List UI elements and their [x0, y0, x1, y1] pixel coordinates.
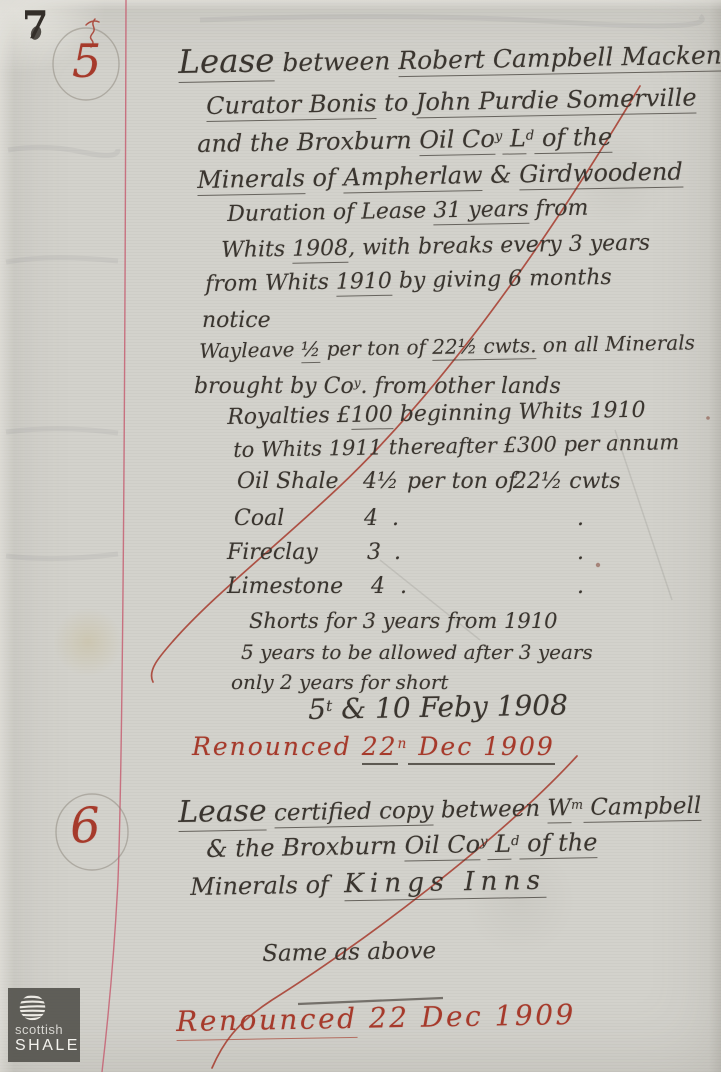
handwritten-text: Kings Inns — [344, 865, 546, 902]
handwritten-text: 31 years — [433, 197, 529, 226]
handwritten-text: . — [577, 507, 584, 532]
handwritten-text: Oil Shale — [237, 469, 339, 494]
handwritten-text: to — [376, 88, 416, 117]
rate-row: Limestone4.. — [227, 575, 343, 600]
entry-5-line: Wayleave ½ per ton of 22½ cwts. on all M… — [199, 331, 695, 362]
ink-speck — [596, 563, 600, 567]
handwritten-text: 1910 — [336, 269, 392, 297]
handwritten-text: & — [482, 160, 519, 189]
handwritten-text: . — [400, 575, 407, 600]
ghost-writing — [8, 147, 118, 155]
handwritten-text — [266, 800, 274, 826]
handwritten-text: Renounced — [176, 1002, 358, 1041]
ghost-writing — [6, 258, 118, 262]
entry-5-line: Royalties £100 beginning Whits 1910 — [227, 399, 646, 431]
handwritten-text: Ampherlaw — [343, 161, 483, 193]
entry-5-line: notice — [202, 309, 271, 334]
entry-5-line: brought by Coy. from other lands — [194, 375, 561, 400]
handwritten-text: Minerals — [197, 164, 305, 196]
handwritten-text: . — [394, 541, 401, 566]
handwritten-text: per ton of — [407, 470, 516, 495]
handwritten-text: per ton of — [320, 335, 432, 361]
handwritten-text: 4 — [371, 575, 385, 600]
globe-icon — [17, 992, 48, 1023]
entry-5-line: 5 years to be allowed after 3 years — [241, 641, 593, 663]
handwritten-text: Coal — [234, 506, 284, 531]
document-date: 5t & 10 Feby 1908 — [308, 689, 568, 725]
handwritten-text: beginning Whits 1910 — [393, 398, 646, 427]
handwritten-text: Oil Co — [419, 125, 495, 156]
handwritten-text: 3 — [367, 541, 381, 566]
handwritten-text: . — [392, 507, 399, 532]
handwritten-text: Oil Co — [404, 830, 480, 861]
handwritten-text: by giving 6 months — [392, 265, 612, 294]
renounced-note: Renounced 22n Dec 1909 — [192, 733, 555, 761]
handwritten-text: 5 years to be allowed after 3 years — [241, 640, 593, 664]
handwritten-text: W — [547, 795, 571, 823]
handwritten-text: Fireclay — [227, 540, 318, 565]
entry-5-number: 5 — [72, 34, 101, 88]
handwritten-text: John Purdie Somerville — [416, 83, 697, 118]
entry-5-line: and the Broxburn Oil Coy Ld of the — [197, 124, 612, 158]
handwritten-text: to Whits 1911 thereafter £300 per annum — [233, 430, 679, 462]
handwritten-text: brought by Co — [194, 374, 354, 399]
handwritten-text: notice — [202, 308, 271, 333]
handwritten-text: Lease — [178, 793, 267, 832]
handwritten-text: Duration of Lease — [227, 198, 434, 227]
handwritten-text: on all Minerals — [536, 330, 695, 357]
rate-row: Coal4.. — [234, 507, 284, 532]
handwritten-text: Curator Bonis — [206, 89, 377, 122]
handwritten-text: Wayleave — [199, 337, 301, 363]
handwritten-text: Same as above — [262, 938, 436, 967]
handwritten-text: 100 — [351, 402, 393, 430]
handwritten-text: of the — [534, 123, 612, 154]
entry-6-number: 6 — [68, 797, 102, 855]
handwritten-text: n — [398, 736, 409, 752]
handwritten-text: from Whits — [205, 270, 336, 297]
handwritten-text: 22 — [362, 732, 398, 765]
handwritten-text: 1908 — [292, 236, 348, 264]
handwritten-text: 22½ cwts — [513, 470, 621, 495]
renounced-note: Renounced 22 Dec 1909 — [176, 999, 576, 1037]
ghost-writing — [6, 554, 118, 559]
entry-6-line: & the Broxburn Oil Coy Ld of the — [206, 829, 598, 863]
handwritten-text: m — [571, 797, 583, 812]
entry-5-line: Curator Bonis to John Purdie Somerville — [206, 84, 697, 119]
handwritten-text: Royalties £ — [227, 403, 351, 430]
handwritten-text: and the Broxburn — [197, 126, 420, 158]
handwritten-text: 4 — [364, 507, 378, 532]
ghost-writing — [6, 429, 118, 433]
handwritten-text: y — [354, 376, 361, 390]
handwritten-text: Robert Campbell Mackenzie — [398, 40, 721, 77]
handwritten-text: 22 Dec 1909 — [357, 998, 576, 1035]
handwritten-text: L — [487, 830, 511, 860]
entry-5-line: Shorts for 3 years from 1910 — [249, 610, 557, 634]
rate-row: Fireclay3.. — [227, 541, 318, 566]
entry-5-line: from Whits 1910 by giving 6 months — [205, 266, 612, 298]
handwritten-text: Girdwoodend — [519, 158, 683, 191]
handwritten-text: . — [577, 541, 584, 566]
handwritten-text: Campbell — [583, 793, 702, 823]
ghost-writing — [200, 16, 702, 26]
ledger-page: 7 5 6 Lease between Robert Campbell Mack… — [0, 0, 721, 1072]
lease-title-line: Lease certified copy between Wm Campbell — [178, 787, 702, 830]
handwritten-text: . from other lands — [361, 374, 561, 399]
handwritten-text: L — [502, 124, 526, 154]
handwritten-text: Renounced — [192, 732, 362, 761]
handwritten-text: Lease — [178, 41, 275, 83]
handwritten-text: Dec 1909 — [408, 732, 554, 765]
handwritten-text: , with breaks every 3 years — [348, 231, 650, 261]
folio-number: 7 — [22, 2, 48, 47]
handwritten-text: 5 — [308, 693, 326, 726]
margin-line — [102, 0, 126, 1072]
entry-6-line: Same as above — [262, 939, 436, 968]
handwritten-text: Minerals of — [190, 870, 344, 901]
handwritten-text: Limestone — [227, 574, 343, 599]
handwritten-text: & the Broxburn — [206, 832, 405, 863]
handwritten-text: 4½ — [363, 470, 398, 495]
handwritten-text: 22½ cwts. — [432, 333, 537, 361]
logo-text-scottish: scottish — [15, 1023, 63, 1037]
handwritten-text: of — [305, 163, 344, 192]
entry-5-line: only 2 years for short — [231, 671, 448, 693]
handwritten-text: from — [528, 196, 588, 222]
handwritten-text: Whits — [221, 237, 292, 263]
handwritten-text: between — [433, 796, 547, 824]
handwritten-text: & 10 Feby 1908 — [332, 688, 568, 725]
entry-5-line: Duration of Lease 31 years from — [227, 197, 589, 228]
handwritten-text: between — [274, 46, 398, 77]
entry-5-line: Whits 1908, with breaks every 3 years — [221, 232, 650, 264]
entry-5-line: Minerals of Ampherlaw & Girdwoodend — [197, 159, 683, 194]
handwritten-text: certified copy — [274, 798, 434, 829]
handwritten-text: of the — [519, 828, 597, 859]
rate-row: Oil Shale4½per ton of22½ cwts — [237, 470, 339, 495]
lease-title-line: Lease between Robert Campbell Mackenzie — [178, 34, 721, 80]
handwritten-text: ½ — [301, 337, 321, 363]
scottish-shale-logo: scottish SHALE — [8, 988, 80, 1062]
ink-speck — [706, 416, 710, 420]
handwritten-text: . — [577, 575, 584, 600]
entry-5-line: to Whits 1911 thereafter £300 per annum — [233, 431, 679, 462]
handwritten-text: Shorts for 3 years from 1910 — [249, 609, 557, 633]
entry-6-line: Minerals of Kings Inns — [190, 866, 546, 902]
logo-text-shale: SHALE — [15, 1037, 80, 1055]
